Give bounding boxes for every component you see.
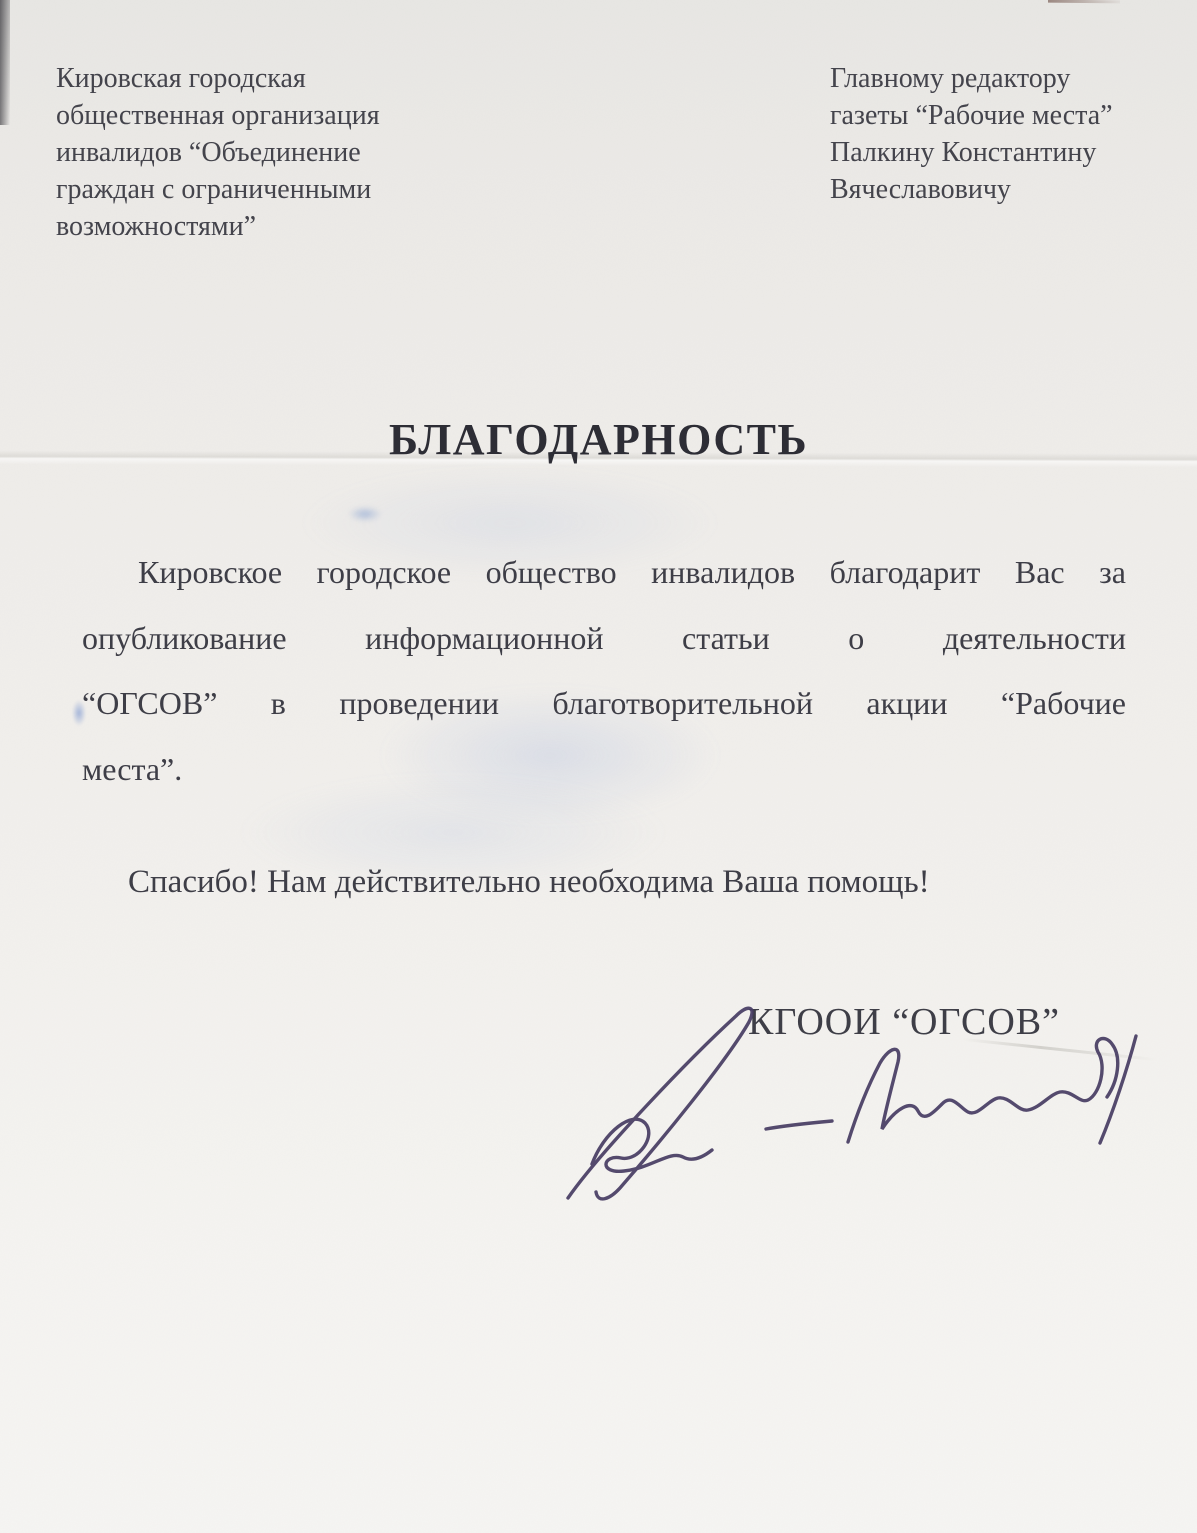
recipient-line: Вячеславовичу — [830, 171, 1170, 208]
letter-body: Кировское городское общество инвалидов б… — [82, 540, 1126, 802]
sender-line: граждан с ограниченными — [56, 171, 436, 208]
sender-line: Кировская городская — [56, 60, 436, 97]
scan-edge-shadow — [0, 0, 10, 125]
recipient-block: Главному редактору газеты “Рабочие места… — [830, 60, 1170, 208]
thanks-line: Спасибо! Нам действительно необходима Ва… — [128, 864, 930, 901]
body-line: опубликование информационной статьи о де… — [82, 606, 1126, 672]
sender-line: общественная организация — [56, 97, 436, 134]
ink-bleed-dot — [348, 506, 382, 522]
body-line: “ОГСОВ” в проведении благотворительной а… — [82, 671, 1126, 737]
body-line: Кировское городское общество инвалидов б… — [82, 540, 1126, 606]
sender-block: Кировская городская общественная организ… — [56, 60, 436, 245]
sender-line: инвалидов “Объединение — [56, 134, 436, 171]
body-line: места”. — [82, 737, 1126, 803]
scanned-letter-page: Кировская городская общественная организ… — [0, 0, 1197, 1533]
recipient-line: Палкину Константину — [830, 134, 1170, 171]
sender-line: возможностями” — [56, 208, 436, 245]
letter-title: БЛАГОДАРНОСТЬ — [0, 414, 1197, 465]
scan-edge-speck — [1048, 0, 1120, 3]
recipient-line: газеты “Рабочие места” — [830, 97, 1170, 134]
recipient-line: Главному редактору — [830, 60, 1170, 97]
handwritten-signature — [540, 1000, 1160, 1210]
